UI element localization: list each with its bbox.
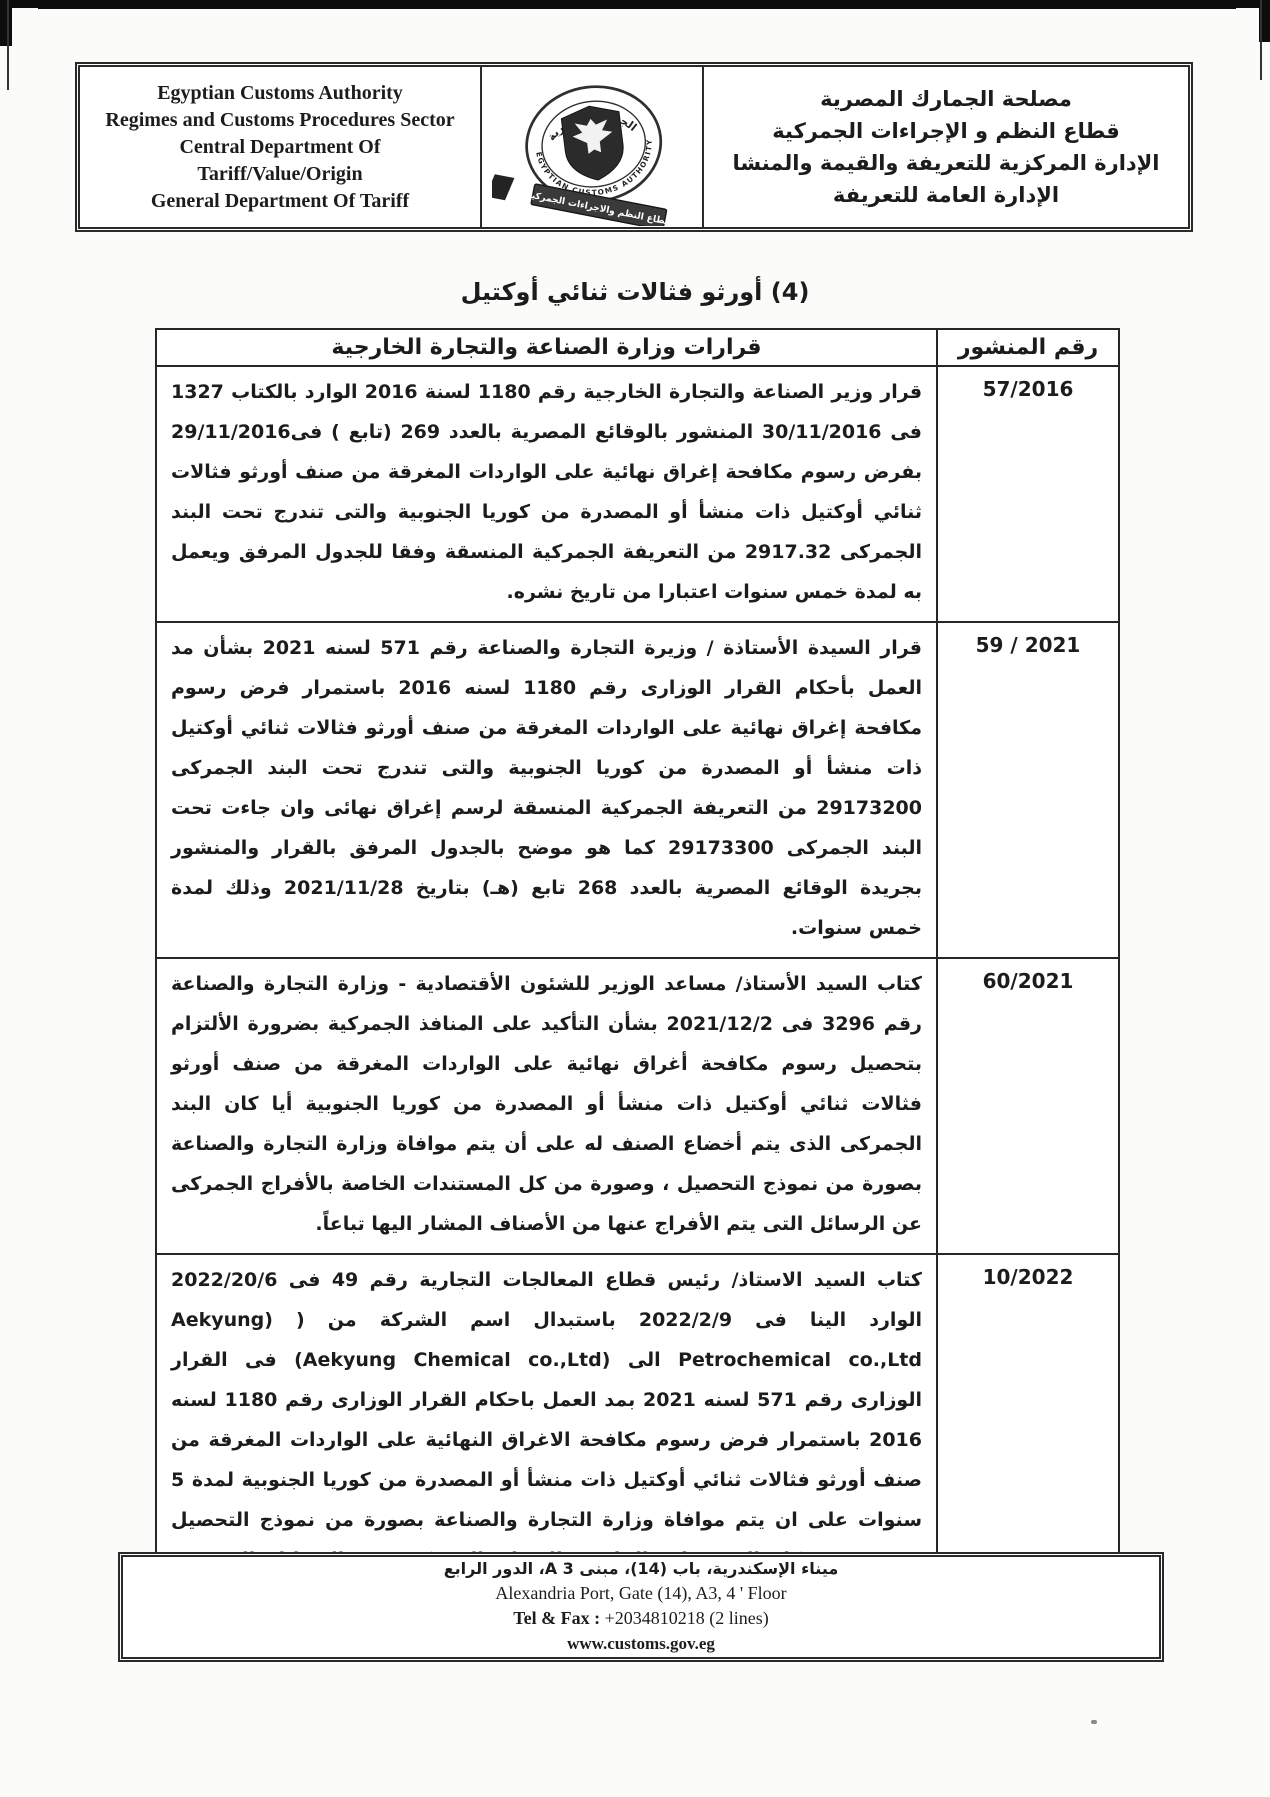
letterhead-en-line: Tariff/Value/Origin — [197, 161, 362, 188]
decisions-table: رقم المنشور قرارات وزارة الصناعة والتجار… — [155, 328, 1120, 1631]
decision-text: قرار وزير الصناعة والتجارة الخارجية رقم … — [157, 367, 936, 621]
scan-corner-right — [1236, 0, 1270, 42]
letterhead-en-line: Egyptian Customs Authority — [157, 80, 403, 107]
footer-website: www.customs.gov.eg — [567, 1631, 715, 1657]
publication-number: 60/2021 — [936, 959, 1118, 1253]
table-row: 57/2016 قرار وزير الصناعة والتجارة الخار… — [157, 367, 1118, 623]
table-row: 59 / 2021 قرار السيدة الأستاذة / وزيرة ا… — [157, 623, 1118, 959]
footer-address-english: Alexandria Port, Gate (14), A3, 4 ' Floo… — [495, 1581, 786, 1606]
letterhead-ar-line: مصلحة الجمارك المصرية — [820, 83, 1072, 115]
publication-number: 59 / 2021 — [936, 623, 1118, 957]
letterhead-ar-line: قطاع النظم و الإجراءات الجمركية — [772, 115, 1119, 147]
footer-address-arabic: ميناء الإسكندرية، باب (14)، مبنى A 3، ال… — [444, 1557, 839, 1581]
scanned-document-page: { "colors": { "ink": "#1c1c1c", "border"… — [0, 0, 1270, 1797]
letterhead-english: Egyptian Customs Authority Regimes and C… — [80, 67, 482, 227]
decision-text: قرار السيدة الأستاذة / وزيرة التجارة وال… — [157, 623, 936, 957]
letterhead-ar-line: الإدارة المركزية للتعريفة والقيمة والمنش… — [732, 147, 1159, 179]
table-header-row: رقم المنشور قرارات وزارة الصناعة والتجار… — [157, 330, 1118, 367]
decision-text: كتاب السيد الأستاذ/ مساعد الوزير للشئون … — [157, 959, 936, 1253]
scan-edge-left — [7, 0, 9, 90]
publication-number: 57/2016 — [936, 367, 1118, 621]
scan-top-border — [0, 0, 1270, 9]
page-title: (4) أورثو فثالات ثنائي أوكتيل — [0, 278, 1270, 306]
letterhead-logo-cell: الجمارك المصرية EGYPTIAN CUSTOMS AUTHORI… — [482, 67, 704, 227]
letterhead-en-line: Central Department Of — [179, 134, 380, 161]
footer-tel-label: Tel & Fax : — [513, 1608, 600, 1628]
footer-tel-value: +2034810218 (2 lines) — [605, 1608, 769, 1628]
letterhead: Egyptian Customs Authority Regimes and C… — [75, 62, 1193, 232]
footer-contact-box: ميناء الإسكندرية، باب (14)، مبنى A 3، ال… — [118, 1552, 1164, 1662]
customs-authority-seal-icon: الجمارك المصرية EGYPTIAN CUSTOMS AUTHORI… — [492, 68, 692, 226]
column-header-decisions: قرارات وزارة الصناعة والتجارة الخارجية — [157, 330, 936, 365]
letterhead-en-line: General Department Of Tariff — [151, 188, 409, 215]
table-row: 60/2021 كتاب السيد الأستاذ/ مساعد الوزير… — [157, 959, 1118, 1255]
letterhead-arabic: مصلحة الجمارك المصرية قطاع النظم و الإجر… — [704, 67, 1188, 227]
letterhead-en-line: Regimes and Customs Procedures Sector — [105, 107, 454, 134]
footer-telephone: Tel & Fax : +2034810218 (2 lines) — [513, 1606, 768, 1631]
scan-edge-right — [1260, 0, 1262, 80]
scan-speck — [1091, 1720, 1097, 1724]
scan-corner-left — [0, 0, 38, 46]
letterhead-ar-line: الإدارة العامة للتعريفة — [833, 179, 1059, 211]
column-header-publication-number: رقم المنشور — [936, 330, 1118, 365]
